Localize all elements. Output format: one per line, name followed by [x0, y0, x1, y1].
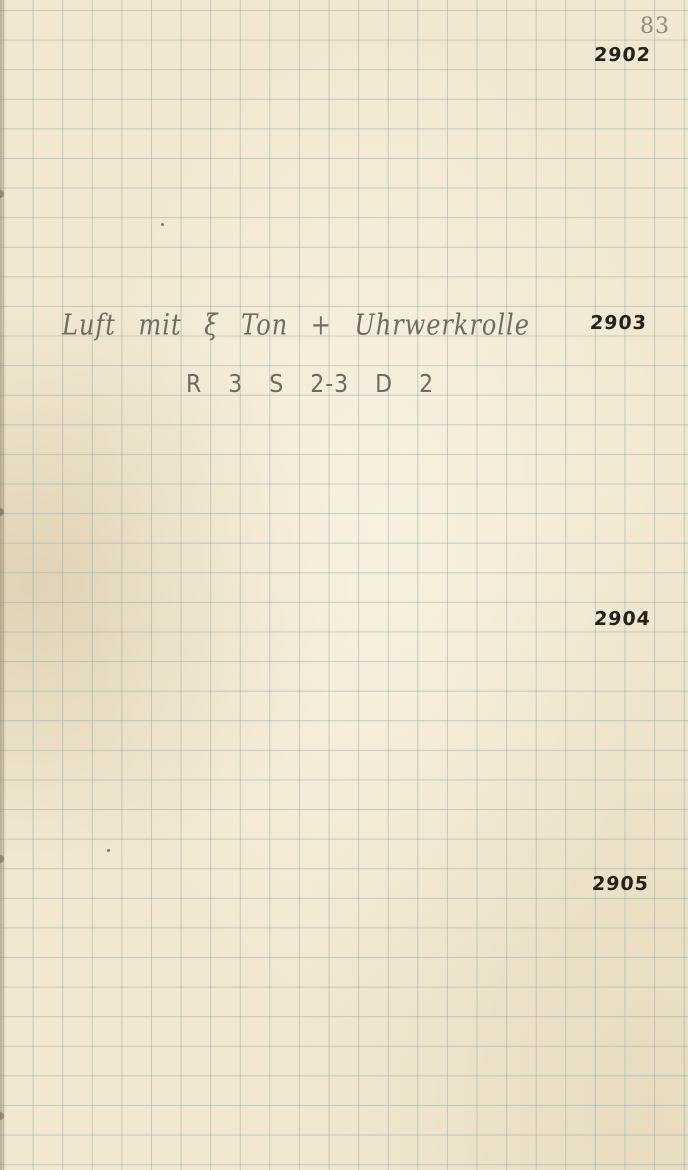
- binding-edge: [0, 0, 6, 1170]
- entry-number-2903: 2903: [589, 312, 647, 334]
- handwritten-note-line-1: Luft mit ξ Ton + Uhrwerkrolle: [62, 308, 530, 342]
- entry-number-2905: 2905: [591, 873, 649, 895]
- page-number: 83: [640, 14, 670, 39]
- entry-number-2902: 2902: [593, 44, 651, 66]
- ink-speck: [161, 223, 164, 226]
- notebook-page: 83 2902 2903 2904 2905 Luft mit ξ Ton + …: [0, 0, 688, 1170]
- ink-speck: [107, 849, 110, 852]
- grid-lines: [0, 0, 688, 1170]
- entry-number-2904: 2904: [593, 608, 651, 630]
- handwritten-note-line-2: R 3 S 2-3 D 2: [186, 370, 434, 399]
